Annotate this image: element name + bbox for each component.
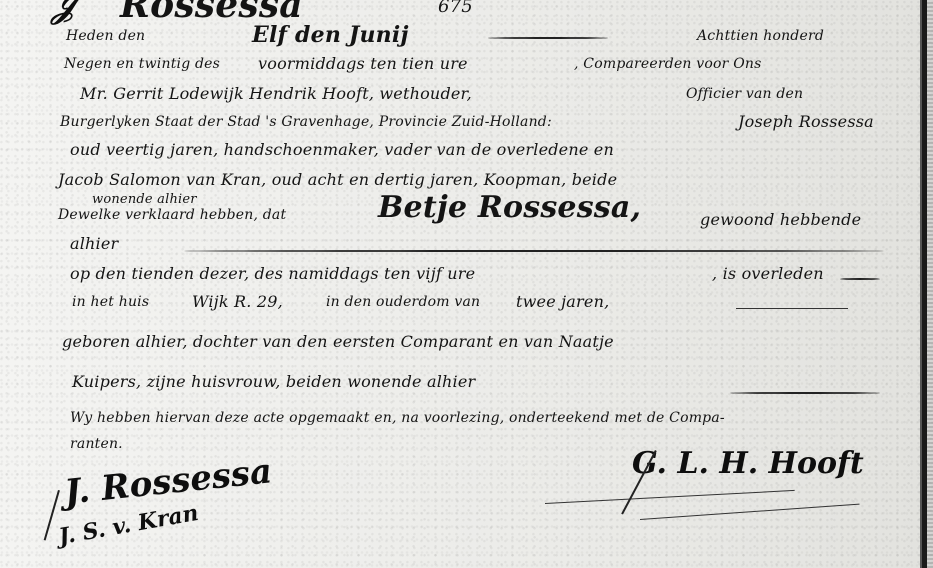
signature-underline (640, 504, 860, 520)
line-14-closing-end: ranten. (70, 436, 123, 452)
line-10-printed-mid: in den ouderdom van (326, 294, 480, 310)
line-7-residence: gewoond hebbende (700, 210, 861, 229)
line-7a-insertion: wonende alhier (92, 192, 197, 207)
signature-officer-hooft: G. L. H. Hooft (632, 446, 864, 481)
line-8-place: alhier (70, 234, 118, 253)
line-5-comparant-details: oud veertig jaren, handschoenmaker, vade… (70, 140, 614, 159)
line-3-printed-end: Officier van den (686, 86, 803, 102)
line-11-birth-parents: geboren alhier, dochter van den eersten … (62, 332, 614, 351)
line-4-comparant: Joseph Rossessa (738, 112, 874, 131)
line-3-officer: Mr. Gerrit Lodewijk Hendrik Hooft, wetho… (80, 84, 472, 103)
line-1-printed: Heden den (66, 28, 145, 44)
flourish-line (736, 308, 848, 309)
header-initial-stroke: 𝒥 (52, 0, 75, 26)
signature-underline (545, 490, 795, 504)
flourish-line (488, 37, 608, 39)
line-10-age: twee jaren, (516, 292, 609, 311)
deceased-name: Betje Rossessa, (378, 190, 641, 225)
flourish-line (184, 250, 884, 252)
death-record-page: 𝒥 Rossessa 675 Heden den Elf den Junij A… (0, 0, 933, 568)
line-9-death-time: op den tienden dezer, des namiddags ten … (70, 264, 475, 283)
line-2-time: voormiddags ten tien ure (258, 54, 468, 73)
line-4-printed: Burgerlyken Staat der Stad 's Gravenhage… (60, 114, 552, 130)
line-12-mother-residence: Kuipers, zijne huisvrouw, beiden wonende… (72, 372, 475, 391)
line-10-printed: in het huis (72, 294, 149, 310)
line-2-printed-end: , Compareerden voor Ons (574, 56, 761, 72)
line-10-house: Wijk R. 29, (192, 292, 283, 311)
line-2-printed: Negen en twintig des (64, 56, 220, 72)
record-number: 675 (438, 0, 473, 17)
flourish-line (840, 278, 880, 280)
line-9-printed-end: , is overleden (712, 264, 824, 283)
line-1-date: Elf den Junij (252, 22, 409, 48)
line-7-printed: Dewelke verklaard hebben, dat (58, 207, 286, 223)
page-margin-rule (920, 0, 927, 568)
line-1-printed-end: Achttien honderd (697, 28, 824, 44)
signature-joseph-rossessa: J. Rossessa (62, 451, 273, 513)
page-edge (927, 0, 933, 568)
flourish-line (730, 392, 880, 394)
line-6-second-comparant: Jacob Salomon van Kran, oud acht en dert… (58, 170, 617, 189)
line-13-closing-formula: Wy hebben hiervan deze acte opgemaakt en… (70, 410, 725, 426)
